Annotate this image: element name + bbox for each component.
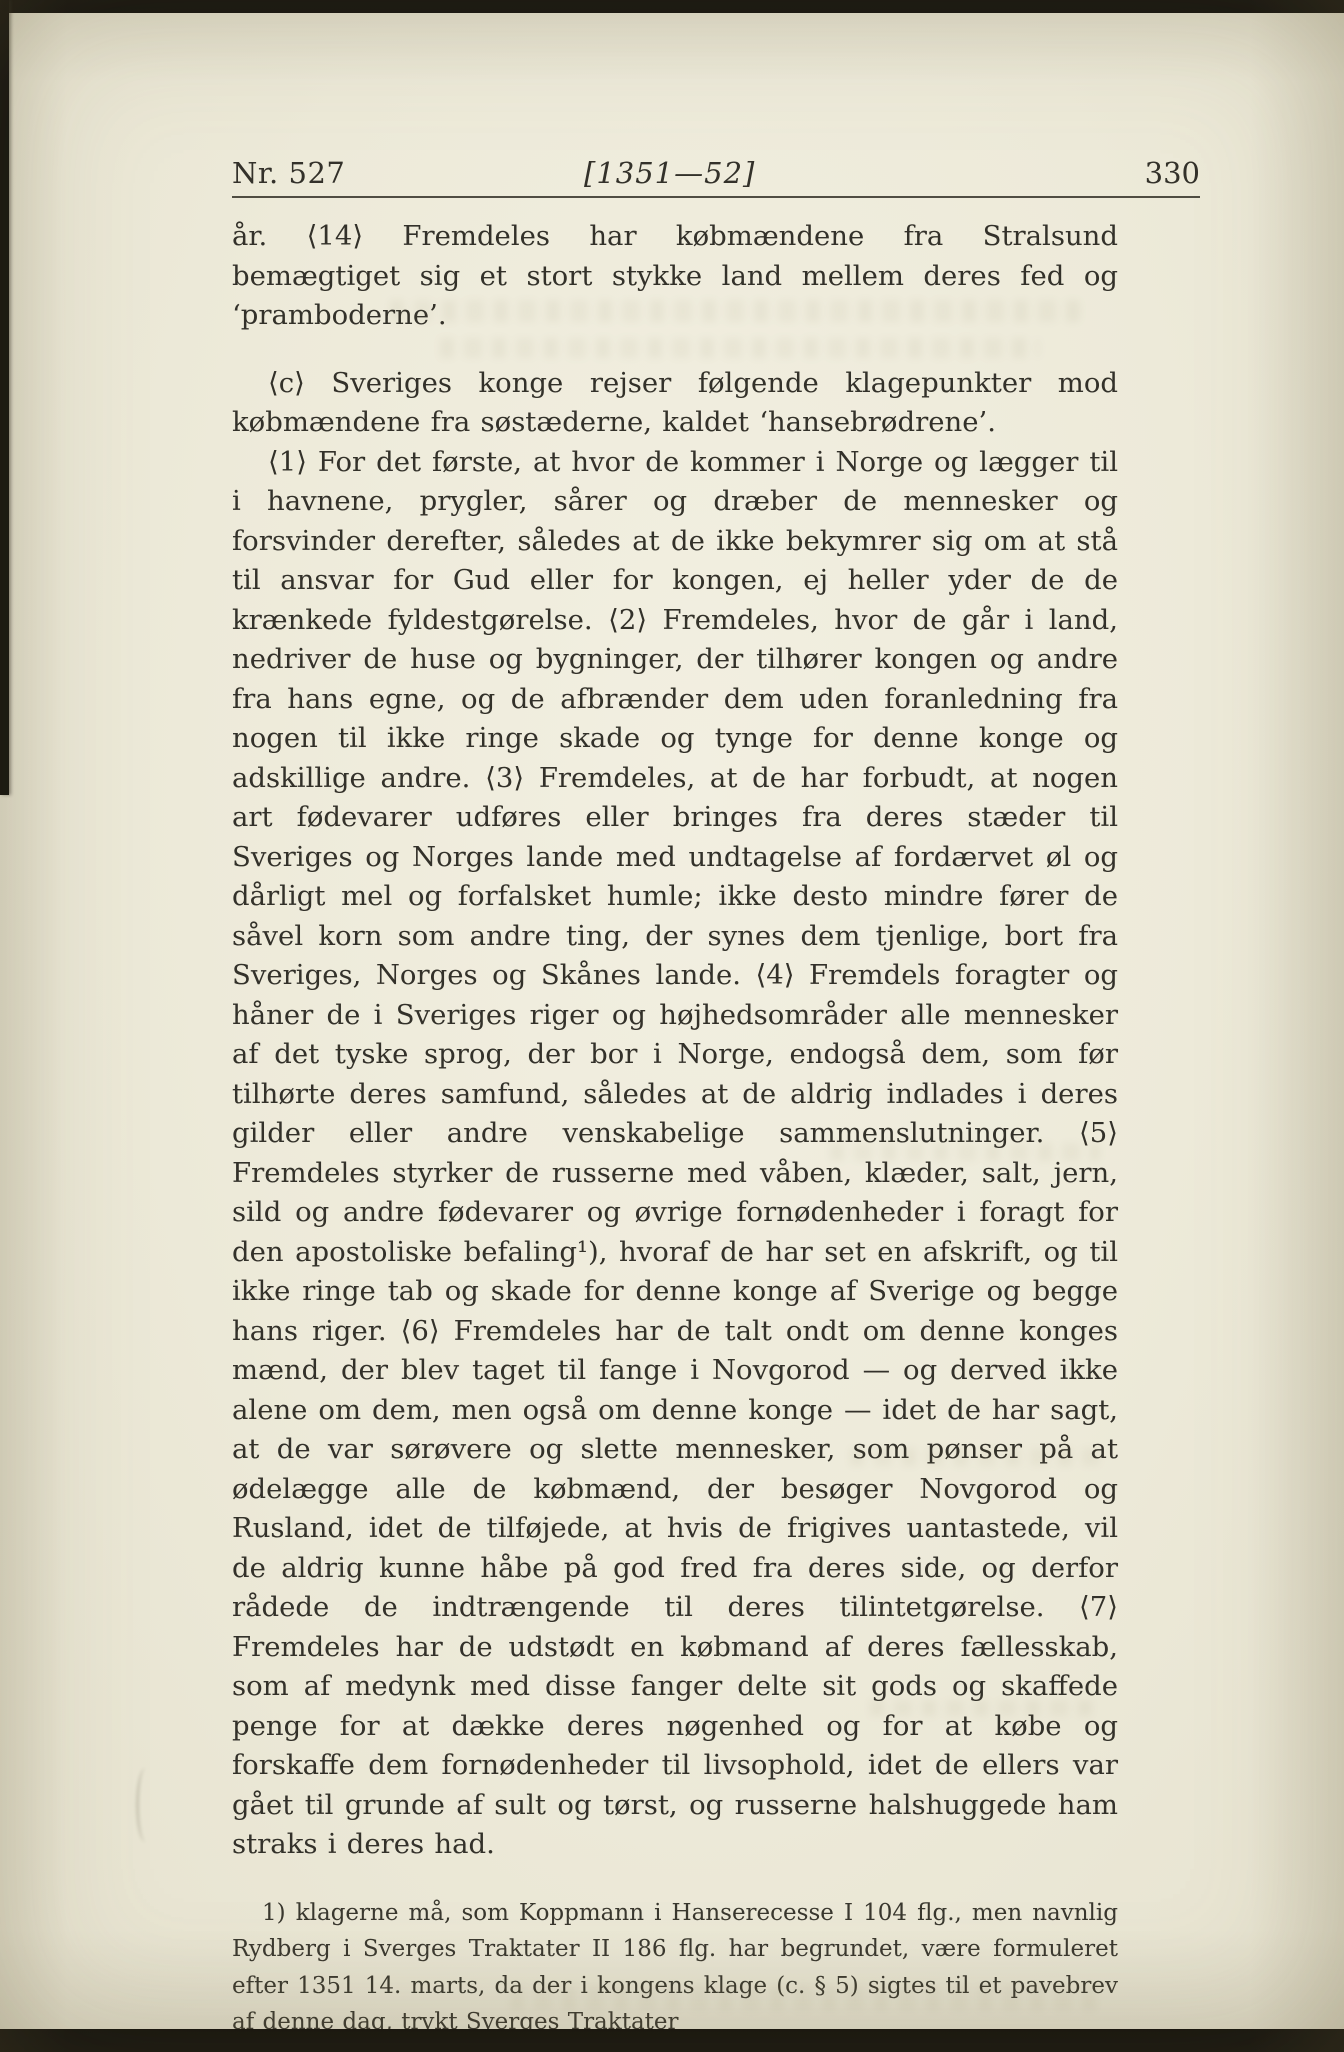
paragraph-continuation: år. ⟨14⟩ Fremdeles har købmændene fra St… <box>232 217 1118 336</box>
scan-edge-left <box>0 0 9 795</box>
entry-number: Nr. 527 <box>232 156 345 190</box>
paragraph-complaints: ⟨1⟩ For det første, at hvor de kommer i … <box>232 443 1118 1865</box>
footnote: 1) klagerne må, som Koppmann i Hanserece… <box>232 1895 1118 2041</box>
header-rule <box>232 196 1200 198</box>
margin-smudge-artifact <box>136 1768 155 1842</box>
scan-edge-top <box>0 0 1344 13</box>
scanned-book-page: Nr. 527 [1351—52] 330 år. ⟨14⟩ Fremdeles… <box>0 0 1344 2052</box>
scan-edge-bottom <box>0 2029 1344 2052</box>
date-range: [1351—52] <box>584 156 755 190</box>
paragraph-section-c: ⟨c⟩ Sveriges konge rejser følgende klage… <box>232 364 1118 443</box>
page-content: Nr. 527 [1351—52] 330 år. ⟨14⟩ Fremdeles… <box>232 156 1118 2041</box>
document-body: år. ⟨14⟩ Fremdeles har købmændene fra St… <box>232 217 1118 1865</box>
page-number: 330 <box>1145 156 1200 190</box>
page-header: Nr. 527 [1351—52] 330 <box>232 156 1200 196</box>
